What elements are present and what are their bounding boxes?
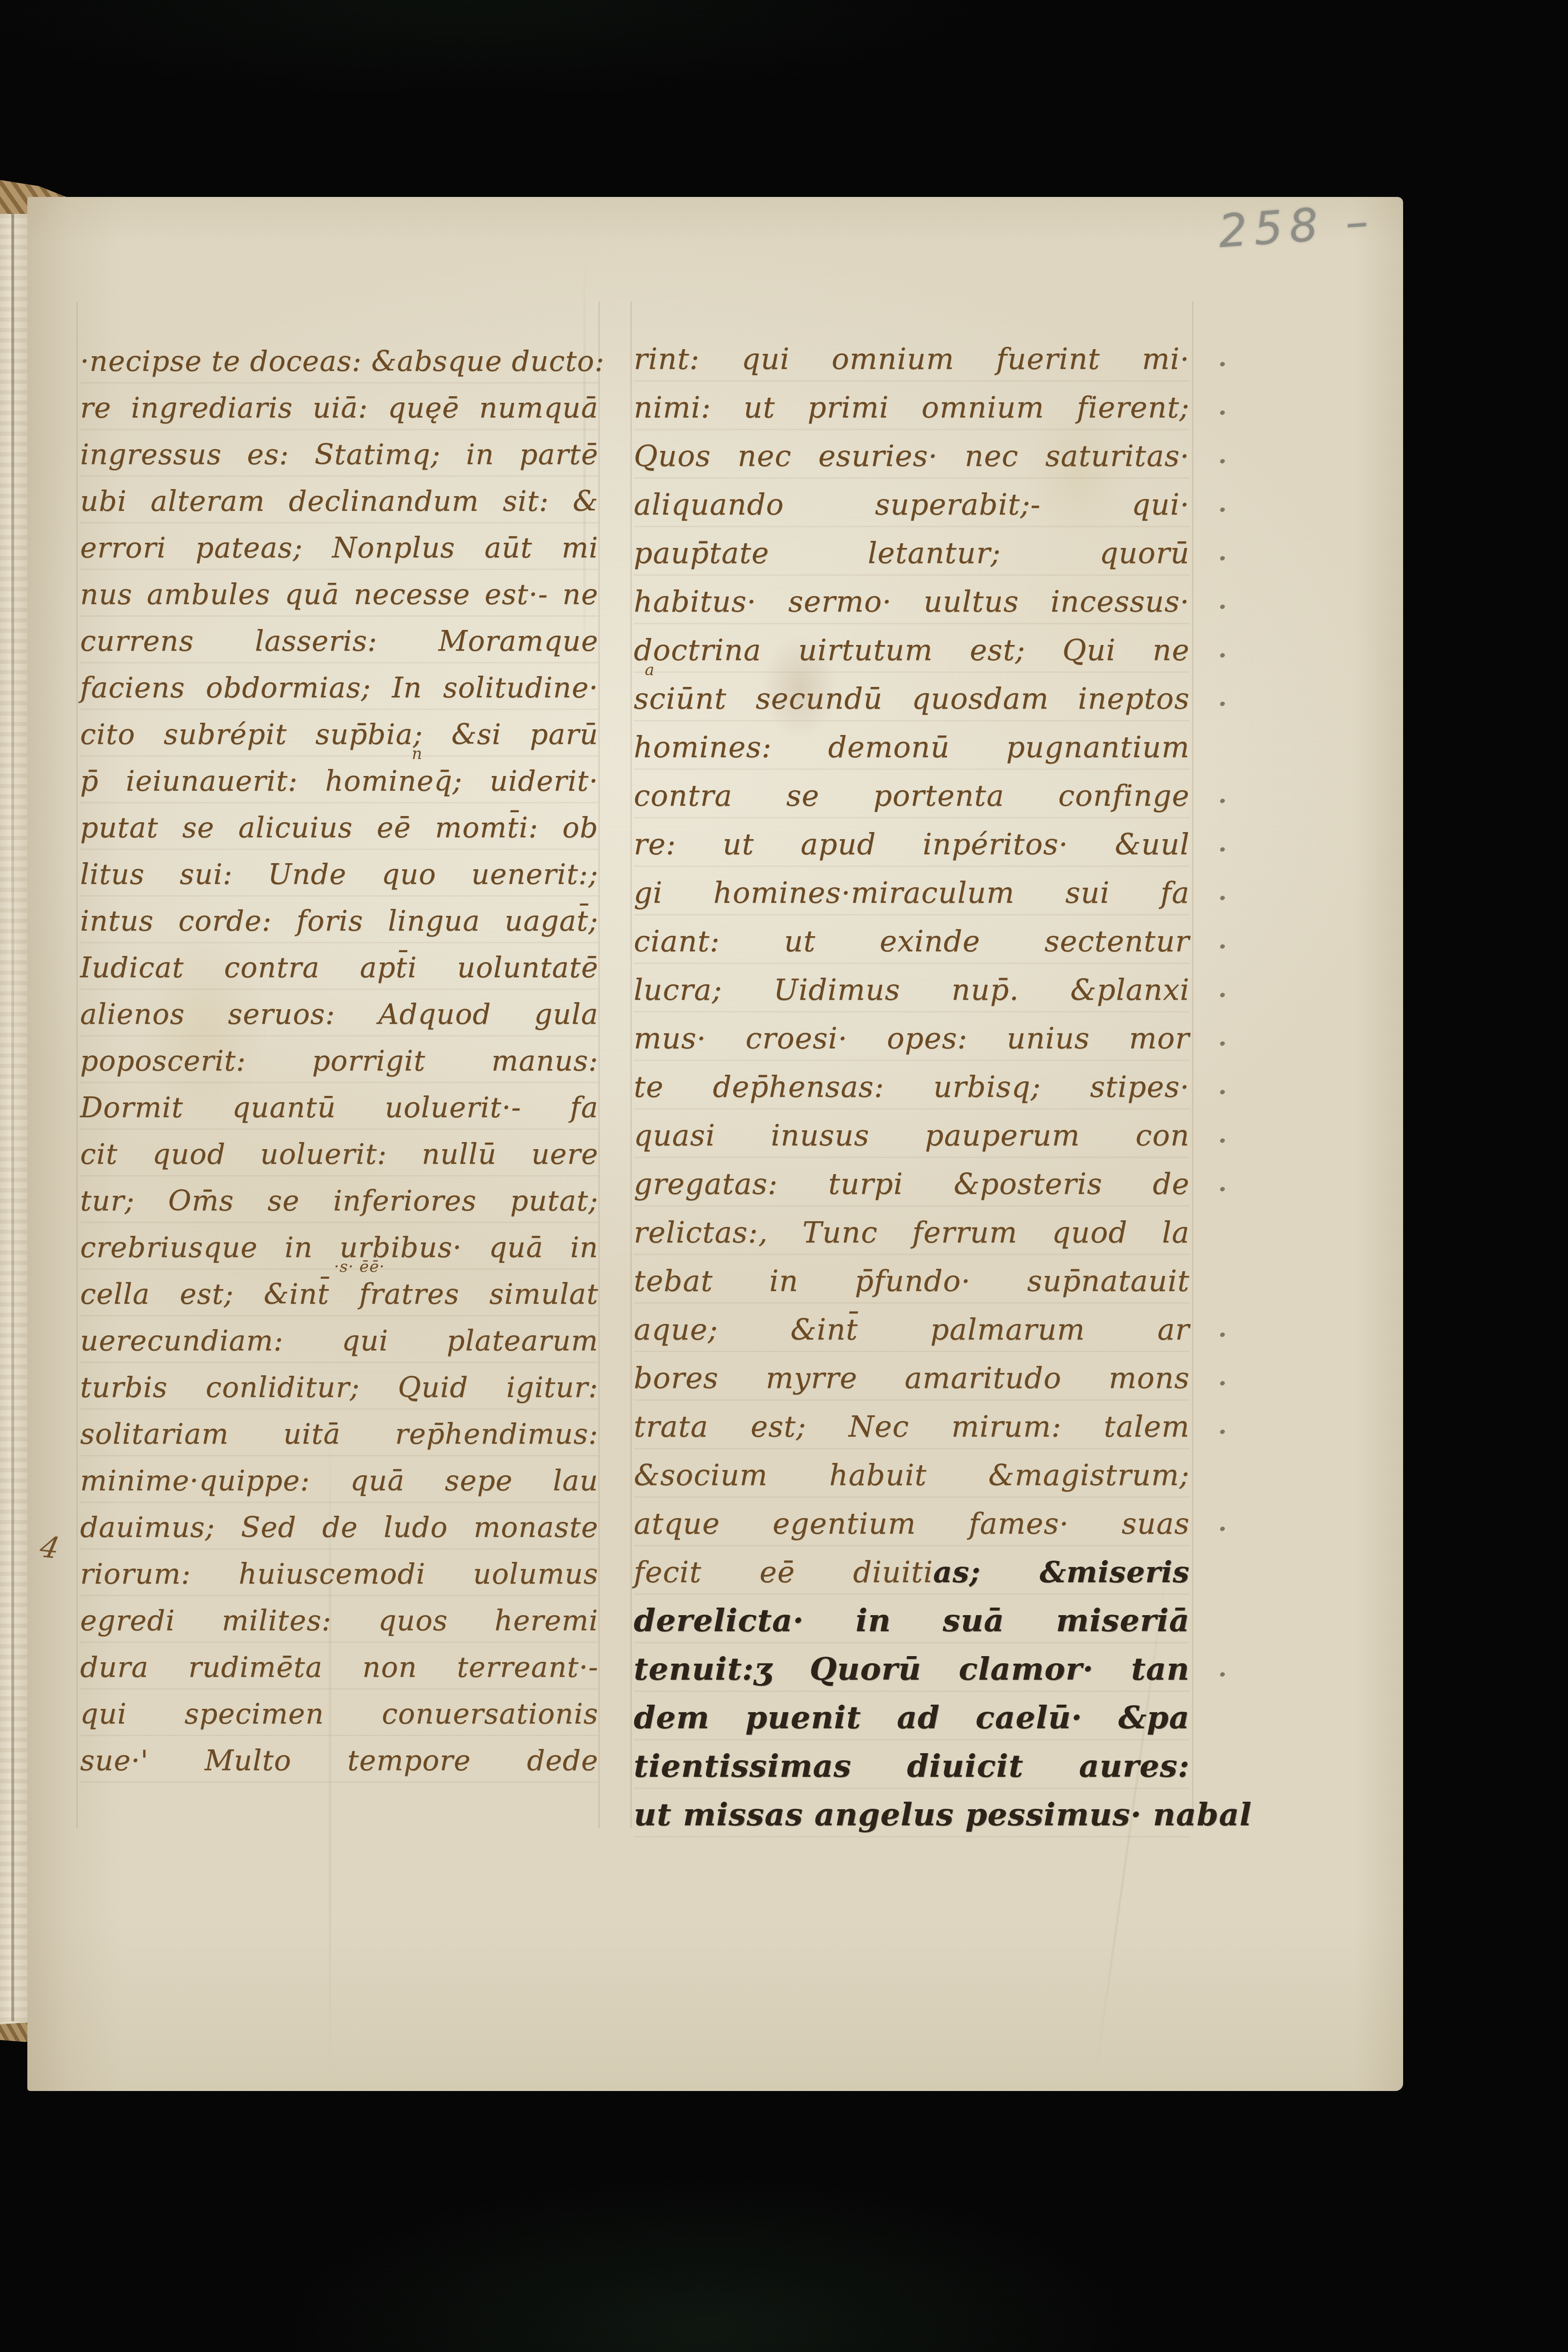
manuscript-line: derelicta· in suā miseriā (634, 1596, 1190, 1645)
line-segment: alienos seruos: Adquod gula (80, 998, 598, 1031)
line-end-margin-dot (1219, 1331, 1225, 1338)
line-segment: derelicta· in suā miseriā (634, 1602, 1190, 1639)
line-segment: sue·' Multo tempore dede (80, 1744, 598, 1777)
manuscript-line: nimi: ut primi omnium fierent; (634, 383, 1190, 432)
manuscript-line: ut missas angelus pessimus· nabal (634, 1790, 1190, 1839)
line-end-margin-dot (1219, 1137, 1225, 1143)
manuscript-line: errori pateas; Nonplus aūt mi (80, 525, 598, 572)
line-segment: atque egentium fames· suas (634, 1506, 1190, 1541)
manuscript-line: gregatas: turpi &posteris de (634, 1160, 1190, 1208)
line-end-margin-dot (1219, 604, 1225, 610)
manuscript-line: currens lasseris: Moramque (80, 618, 598, 665)
line-end-margin-dot (1219, 555, 1225, 561)
text-column-right: rint: qui omnium fuerint mi·nimi: ut pri… (634, 335, 1190, 1839)
line-segment: doctrina uirtutum est; Qui ne (634, 633, 1190, 667)
line-segment: quasi inusus pauperum con (634, 1118, 1190, 1152)
manuscript-line: uerecundiam: qui platearum (80, 1318, 598, 1364)
line-segment: dauimus; Sed de ludo monaste (80, 1511, 598, 1544)
line-segment: currens lasseris: Moramque (80, 625, 598, 658)
line-end-margin-dot (1219, 1526, 1225, 1532)
manuscript-line: faciens obdormias; In solitudine· (80, 665, 598, 711)
line-segment: tientissimas diuicit aures: (634, 1748, 1190, 1784)
line-segment: lucra; Uidimus nup̄. &planxi (634, 972, 1190, 1007)
line-segment: litus sui: Unde quo uenerit:; (80, 858, 598, 891)
line-segment: p̄ ieiunauerit: homineq̄; uiderit· (80, 765, 598, 798)
manuscript-line: dauimus; Sed de ludo monaste (80, 1504, 598, 1551)
manuscript-line: ubi alteram declinandum sit: & (80, 478, 598, 525)
line-segment: ·necipse te doceas: &absque ducto: (80, 345, 604, 378)
line-segment: ut missas angelus pessimus· nabal (634, 1796, 1252, 1833)
line-segment: paup̄tate letantur; quorū (634, 536, 1190, 570)
manuscript-line: putat se alicuius eē momt̄i: ob (80, 805, 598, 851)
line-segment: &socium habuit &magistrum; (634, 1458, 1190, 1492)
line-segment: riorum: huiuscemodi uolumus (80, 1558, 598, 1591)
line-segment: qui specimen conuersationis (80, 1698, 598, 1731)
line-segment: ingressus es: Statimq; in partē (80, 438, 598, 471)
line-segment: homines: demonū pugnantium (634, 730, 1190, 764)
line-segment: cito subrépit sup̄bia; &si parū (80, 718, 598, 751)
manuscript-line: ciant: ut exinde sectentur (634, 917, 1190, 965)
line-segment: gregatas: turpi &posteris de (634, 1167, 1190, 1201)
line-segment: bores myrre amaritudo mons (634, 1361, 1190, 1395)
line-segment: rint: qui omnium fuerint mi· (634, 342, 1190, 376)
manuscript-line: ingressus es: Statimq; in partē (80, 432, 598, 478)
line-segment: putat se alicuius eē momt̄i: ob (80, 811, 598, 844)
ruling-line-vertical (1192, 302, 1193, 1828)
line-end-margin-dot (1219, 652, 1225, 658)
manuscript-line: qui specimen conuersationis (80, 1691, 598, 1738)
manuscript-line: aque; &int̄ palmarum ar (634, 1305, 1190, 1354)
fore-edge-crease (11, 207, 14, 2021)
line-segment: nus ambules quā necesse est·- ne (80, 578, 598, 611)
line-end-margin-dot (1219, 1429, 1225, 1435)
manuscript-line: quasi inusus pauperum con (634, 1111, 1190, 1160)
line-segment: sciūnt secundū quosdam ineptos (634, 681, 1190, 716)
line-segment: errori pateas; Nonplus aūt mi (80, 531, 598, 564)
manuscript-line: solitariam uitā rep̄hendimus: (80, 1411, 598, 1458)
line-segment: uerecundiam: qui platearum (80, 1324, 598, 1357)
ruling-line-vertical (598, 302, 600, 1828)
manuscript-line: atque egentium fames· suas (634, 1499, 1190, 1548)
manuscript-line: relictas:, Tunc ferrum quod la (634, 1208, 1190, 1257)
line-segment: faciens obdormias; In solitudine· (80, 671, 598, 704)
manuscript-line: nus ambules quā necesse est·- ne (80, 572, 598, 618)
manuscript-line: doctrina uirtutum est; Qui ne (634, 626, 1190, 674)
line-segment: gi homines·miraculum sui fa (634, 875, 1190, 910)
line-end-margin-dot (1219, 1089, 1225, 1095)
line-end-margin-dot (1219, 409, 1225, 416)
manuscript-line: rint: qui omnium fuerint mi· (634, 335, 1190, 383)
line-end-margin-dot (1219, 798, 1225, 804)
manuscript-line: alienos seruos: Adquod gula (80, 991, 598, 1038)
line-segment: dem puenit ad caelū· &pa (634, 1699, 1190, 1736)
line-end-margin-dot (1219, 1671, 1225, 1677)
manuscript-line: litus sui: Unde quo uenerit:; (80, 851, 598, 898)
manuscript-line: trata est; Nec mirum: talem (634, 1402, 1190, 1451)
line-segment: trata est; Nec mirum: talem (634, 1409, 1190, 1444)
line-segment: tebat in p̄fundo· sup̄natauit (634, 1264, 1190, 1298)
line-segment: dura rudimēta non terreant·- (80, 1651, 598, 1684)
manuscript-line: cito subrépit sup̄bia; &si parū (80, 711, 598, 758)
manuscript-line: minime·quippe: quā sepe lau (80, 1458, 598, 1504)
line-segment: mus· croesi· opes: unius mor (634, 1021, 1190, 1055)
manuscript-line: mus· croesi· opes: unius mor (634, 1014, 1190, 1062)
manuscript-line: re: ut apud inpéritos· &uul (634, 820, 1190, 868)
line-segment: te dep̄hensas: urbisq; stipes· (634, 1070, 1190, 1104)
manuscript-line: aliquando superabit;- qui· (634, 480, 1190, 529)
manuscript-line: egredi milites: quos heremi (80, 1598, 598, 1644)
line-segment: habitus· sermo· uultus incessus· (634, 584, 1190, 619)
line-end-margin-dot (1219, 846, 1225, 852)
manuscript-line: cit quod uoluerit: nullū uere (80, 1131, 598, 1178)
manuscript-line: riorum: huiuscemodi uolumus (80, 1551, 598, 1598)
manuscript-line: &socium habuit &magistrum; (634, 1451, 1190, 1499)
manuscript-line: contra se portenta confinge (634, 771, 1190, 820)
line-segment: cit quod uoluerit: nullū uere (80, 1138, 598, 1171)
manuscript-line: poposcerit: porrigit manus: (80, 1038, 598, 1085)
manuscript-line: p̄ ieiunauerit: homineq̄; uiderit· (80, 758, 598, 805)
manuscript-line: tur; Om̄s se inferiores putat; (80, 1178, 598, 1225)
manuscript-line: sciūnt secundū quosdam ineptos (634, 674, 1190, 723)
interlinear-gloss: a (645, 662, 655, 678)
ruling-line-vertical (76, 302, 78, 1828)
manuscript-line: habitus· sermo· uultus incessus· (634, 577, 1190, 626)
line-end-margin-dot (1219, 943, 1225, 949)
ruling-line-vertical (630, 302, 632, 1828)
manuscript-line: re ingrediaris uiā: quęē numquā (80, 385, 598, 432)
manuscript-line: Quos nec esuries· nec saturitas· (634, 432, 1190, 480)
line-segment: Dormit quantū uoluerit·- fa (80, 1091, 598, 1124)
line-segment: turbis conliditur; Quid igitur: (80, 1371, 598, 1404)
line-segment: aliquando superabit;- qui· (634, 487, 1190, 522)
line-segment: tur; Om̄s se inferiores putat; (80, 1184, 598, 1217)
line-segment: re ingrediaris uiā: quęē numquā (80, 392, 598, 425)
manuscript-line: te dep̄hensas: urbisq; stipes· (634, 1062, 1190, 1111)
manuscript-line: Iudicat contra apt̄i uoluntatē (80, 945, 598, 991)
manuscript-line: intus corde: foris lingua uagat̄; (80, 898, 598, 945)
line-segment: Quos nec esuries· nec saturitas· (634, 439, 1190, 473)
line-segment: egredi milites: quos heremi (80, 1604, 598, 1637)
line-segment: minime·quippe: quā sepe lau (80, 1464, 598, 1497)
line-segment: tenuit:ʒ Quorū clamor· tan (634, 1650, 1190, 1687)
manuscript-line: tientissimas diuicit aures: (634, 1742, 1190, 1790)
manuscript-line: tebat in p̄fundo· sup̄natauit (634, 1257, 1190, 1305)
line-segment: intus corde: foris lingua uagat̄; (80, 905, 598, 938)
line-segment: nimi: ut primi omnium fierent; (634, 390, 1190, 425)
line-end-margin-dot (1219, 361, 1225, 367)
manuscript-line: ·necipse te doceas: &absque ducto: (80, 338, 598, 385)
manuscript-line: dura rudimēta non terreant·- (80, 1644, 598, 1691)
manuscript-line: paup̄tate letantur; quorū (634, 529, 1190, 577)
manuscript-page: 258 – 4 ·necipse te doceas: &absque duct… (27, 197, 1403, 2091)
manuscript-line: tenuit:ʒ Quorū clamor· tan (634, 1645, 1190, 1693)
line-end-margin-dot (1219, 506, 1225, 513)
line-segment: solitariam uitā rep̄hendimus: (80, 1418, 598, 1451)
marginal-nota-mark: 4 (37, 1530, 62, 1566)
line-end-margin-dot (1219, 992, 1225, 998)
manuscript-line: lucra; Uidimus nup̄. &planxi (634, 965, 1190, 1014)
manuscript-line: cella est; &int̄ fratres simulat (80, 1271, 598, 1318)
manuscript-line: bores myrre amaritudo mons (634, 1354, 1190, 1402)
manuscript-line: gi homines·miraculum sui fa (634, 868, 1190, 917)
line-segment: re: ut apud inpéritos· &uul (634, 827, 1190, 861)
manuscript-line: turbis conliditur; Quid igitur: (80, 1364, 598, 1411)
line-segment: ciant: ut exinde sectentur (634, 924, 1190, 958)
line-end-margin-dot (1219, 458, 1225, 464)
interlinear-gloss: n (412, 746, 423, 762)
line-segment: relictas:, Tunc ferrum quod la (634, 1215, 1190, 1249)
manuscript-line: fecit eē diuitias; &miseris (634, 1548, 1190, 1596)
line-end-margin-dot (1219, 895, 1225, 901)
line-segment: Iudicat contra apt̄i uoluntatē (80, 951, 598, 984)
line-segment: fecit eē diuiti (634, 1555, 933, 1589)
text-column-left: ·necipse te doceas: &absque ducto:re ing… (80, 338, 598, 1784)
manuscript-line: dem puenit ad caelū· &pa (634, 1693, 1190, 1742)
line-segment: as; &miseris (933, 1555, 1190, 1589)
line-end-margin-dot (1219, 701, 1225, 707)
line-end-margin-dot (1219, 1186, 1225, 1192)
line-end-margin-dot (1219, 1380, 1225, 1386)
line-segment: poposcerit: porrigit manus: (80, 1045, 598, 1078)
line-segment: contra se portenta confinge (634, 778, 1190, 813)
pencil-page-number: 258 – (1217, 192, 1418, 257)
line-end-margin-dot (1219, 1040, 1225, 1046)
manuscript-line: homines: demonū pugnantium (634, 723, 1190, 771)
manuscript-line: sue·' Multo tempore dede (80, 1738, 598, 1784)
interlinear-gloss: ·s· ēē· (334, 1259, 385, 1275)
line-segment: ubi alteram declinandum sit: & (80, 485, 598, 518)
line-segment: cella est; &int̄ fratres simulat (80, 1278, 598, 1311)
manuscript-line: Dormit quantū uoluerit·- fa (80, 1085, 598, 1131)
line-segment: aque; &int̄ palmarum ar (634, 1312, 1190, 1347)
